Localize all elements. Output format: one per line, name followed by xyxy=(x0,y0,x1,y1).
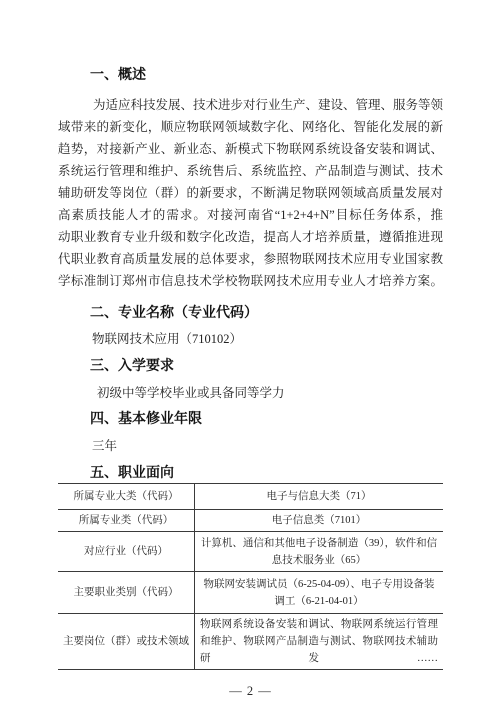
table-row: 所属专业大类（代码） 电子与信息大类（71） xyxy=(58,484,443,510)
overview-line: 趋势，对接新产业、新业态、新模式下物联网系统设备安装和调试、 xyxy=(58,138,443,160)
row-label: 主要职业类别（代码） xyxy=(58,572,195,614)
table-row: 所属专业类（代码） 电子信息类（7101） xyxy=(58,510,443,532)
overview-line: 高素质技能人才的需求。对接河南省“1+2+4+N”目标任务体系，推 xyxy=(58,204,443,226)
table-row: 对应行业（代码） 计算机、通信和其他电子设备制造（39），软件和信息技术服务业（… xyxy=(58,532,443,572)
section-heading-entry-requirement: 三、入学要求 xyxy=(58,357,443,373)
section-heading-overview: 一、概述 xyxy=(58,66,443,82)
row-value: 计算机、通信和其他电子设备制造（39），软件和信息技术服务业（65） xyxy=(195,532,444,572)
row-value: 电子信息类（7101） xyxy=(195,510,444,532)
row-label: 所属专业大类（代码） xyxy=(58,484,195,510)
section-heading-career-orientation: 五、职业面向 xyxy=(58,464,443,480)
row-label: 对应行业（代码） xyxy=(58,532,195,572)
row-label: 主要岗位（群）或技术领域 xyxy=(58,614,195,670)
row-value: 电子与信息大类（71） xyxy=(195,484,444,510)
overview-line: 系统运行管理和维护、系统售后、系统监控、产品制造与测试、技术 xyxy=(58,160,443,182)
overview-line: 域带来的新变化，顺应物联网领域数字化、网络化、智能化发展的新 xyxy=(58,116,443,138)
major-name-code: 物联网技术应用（710102） xyxy=(58,331,443,347)
table-row: 主要职业类别（代码） 物联网安装调试员（6-25-04-09）、电子专用设备装调… xyxy=(58,572,443,614)
page-number: — 2 — xyxy=(58,683,443,699)
section-heading-study-duration: 四、基本修业年限 xyxy=(58,410,443,426)
overview-line: 辅助研发等岗位（群）的新要求，不断满足物联网领域高质量发展对 xyxy=(58,182,443,204)
overview-line: 学标准制订郑州市信息技术学校物联网技术应用专业人才培养方案。 xyxy=(58,270,443,292)
entry-requirement-text: 初级中等学校毕业或具备同等学力 xyxy=(58,385,443,401)
section-heading-major-name: 二、专业名称（专业代码） xyxy=(58,304,443,320)
table-row: 主要岗位（群）或技术领域 物联网系统设备安装和调试、物联网系统运行管理和维护、物… xyxy=(58,614,443,670)
row-value: 物联网安装调试员（6-25-04-09）、电子专用设备装调工（6-21-04-0… xyxy=(195,572,444,614)
row-value: 物联网系统设备安装和调试、物联网系统运行管理和维护、物联网产品制造与测试、物联网… xyxy=(195,614,444,670)
row-label: 所属专业类（代码） xyxy=(58,510,195,532)
study-duration-text: 三年 xyxy=(58,438,443,454)
document-page: 一、概述 为适应科技发展、技术进步对行业生产、建设、管理、服务等领 域带来的新变… xyxy=(0,0,500,707)
overview-line: 为适应科技发展、技术进步对行业生产、建设、管理、服务等领 xyxy=(58,94,443,116)
overview-line: 动职业教育专业升级和数字化改造，提高人才培养质量，遵循推进现 xyxy=(58,226,443,248)
overview-paragraph: 为适应科技发展、技术进步对行业生产、建设、管理、服务等领 域带来的新变化，顺应物… xyxy=(58,94,443,292)
overview-line: 代职业教育高质量发展的总体要求，参照物联网技术应用专业国家教 xyxy=(58,248,443,270)
career-orientation-table: 所属专业大类（代码） 电子与信息大类（71） 所属专业类（代码） 电子信息类（7… xyxy=(58,483,443,670)
